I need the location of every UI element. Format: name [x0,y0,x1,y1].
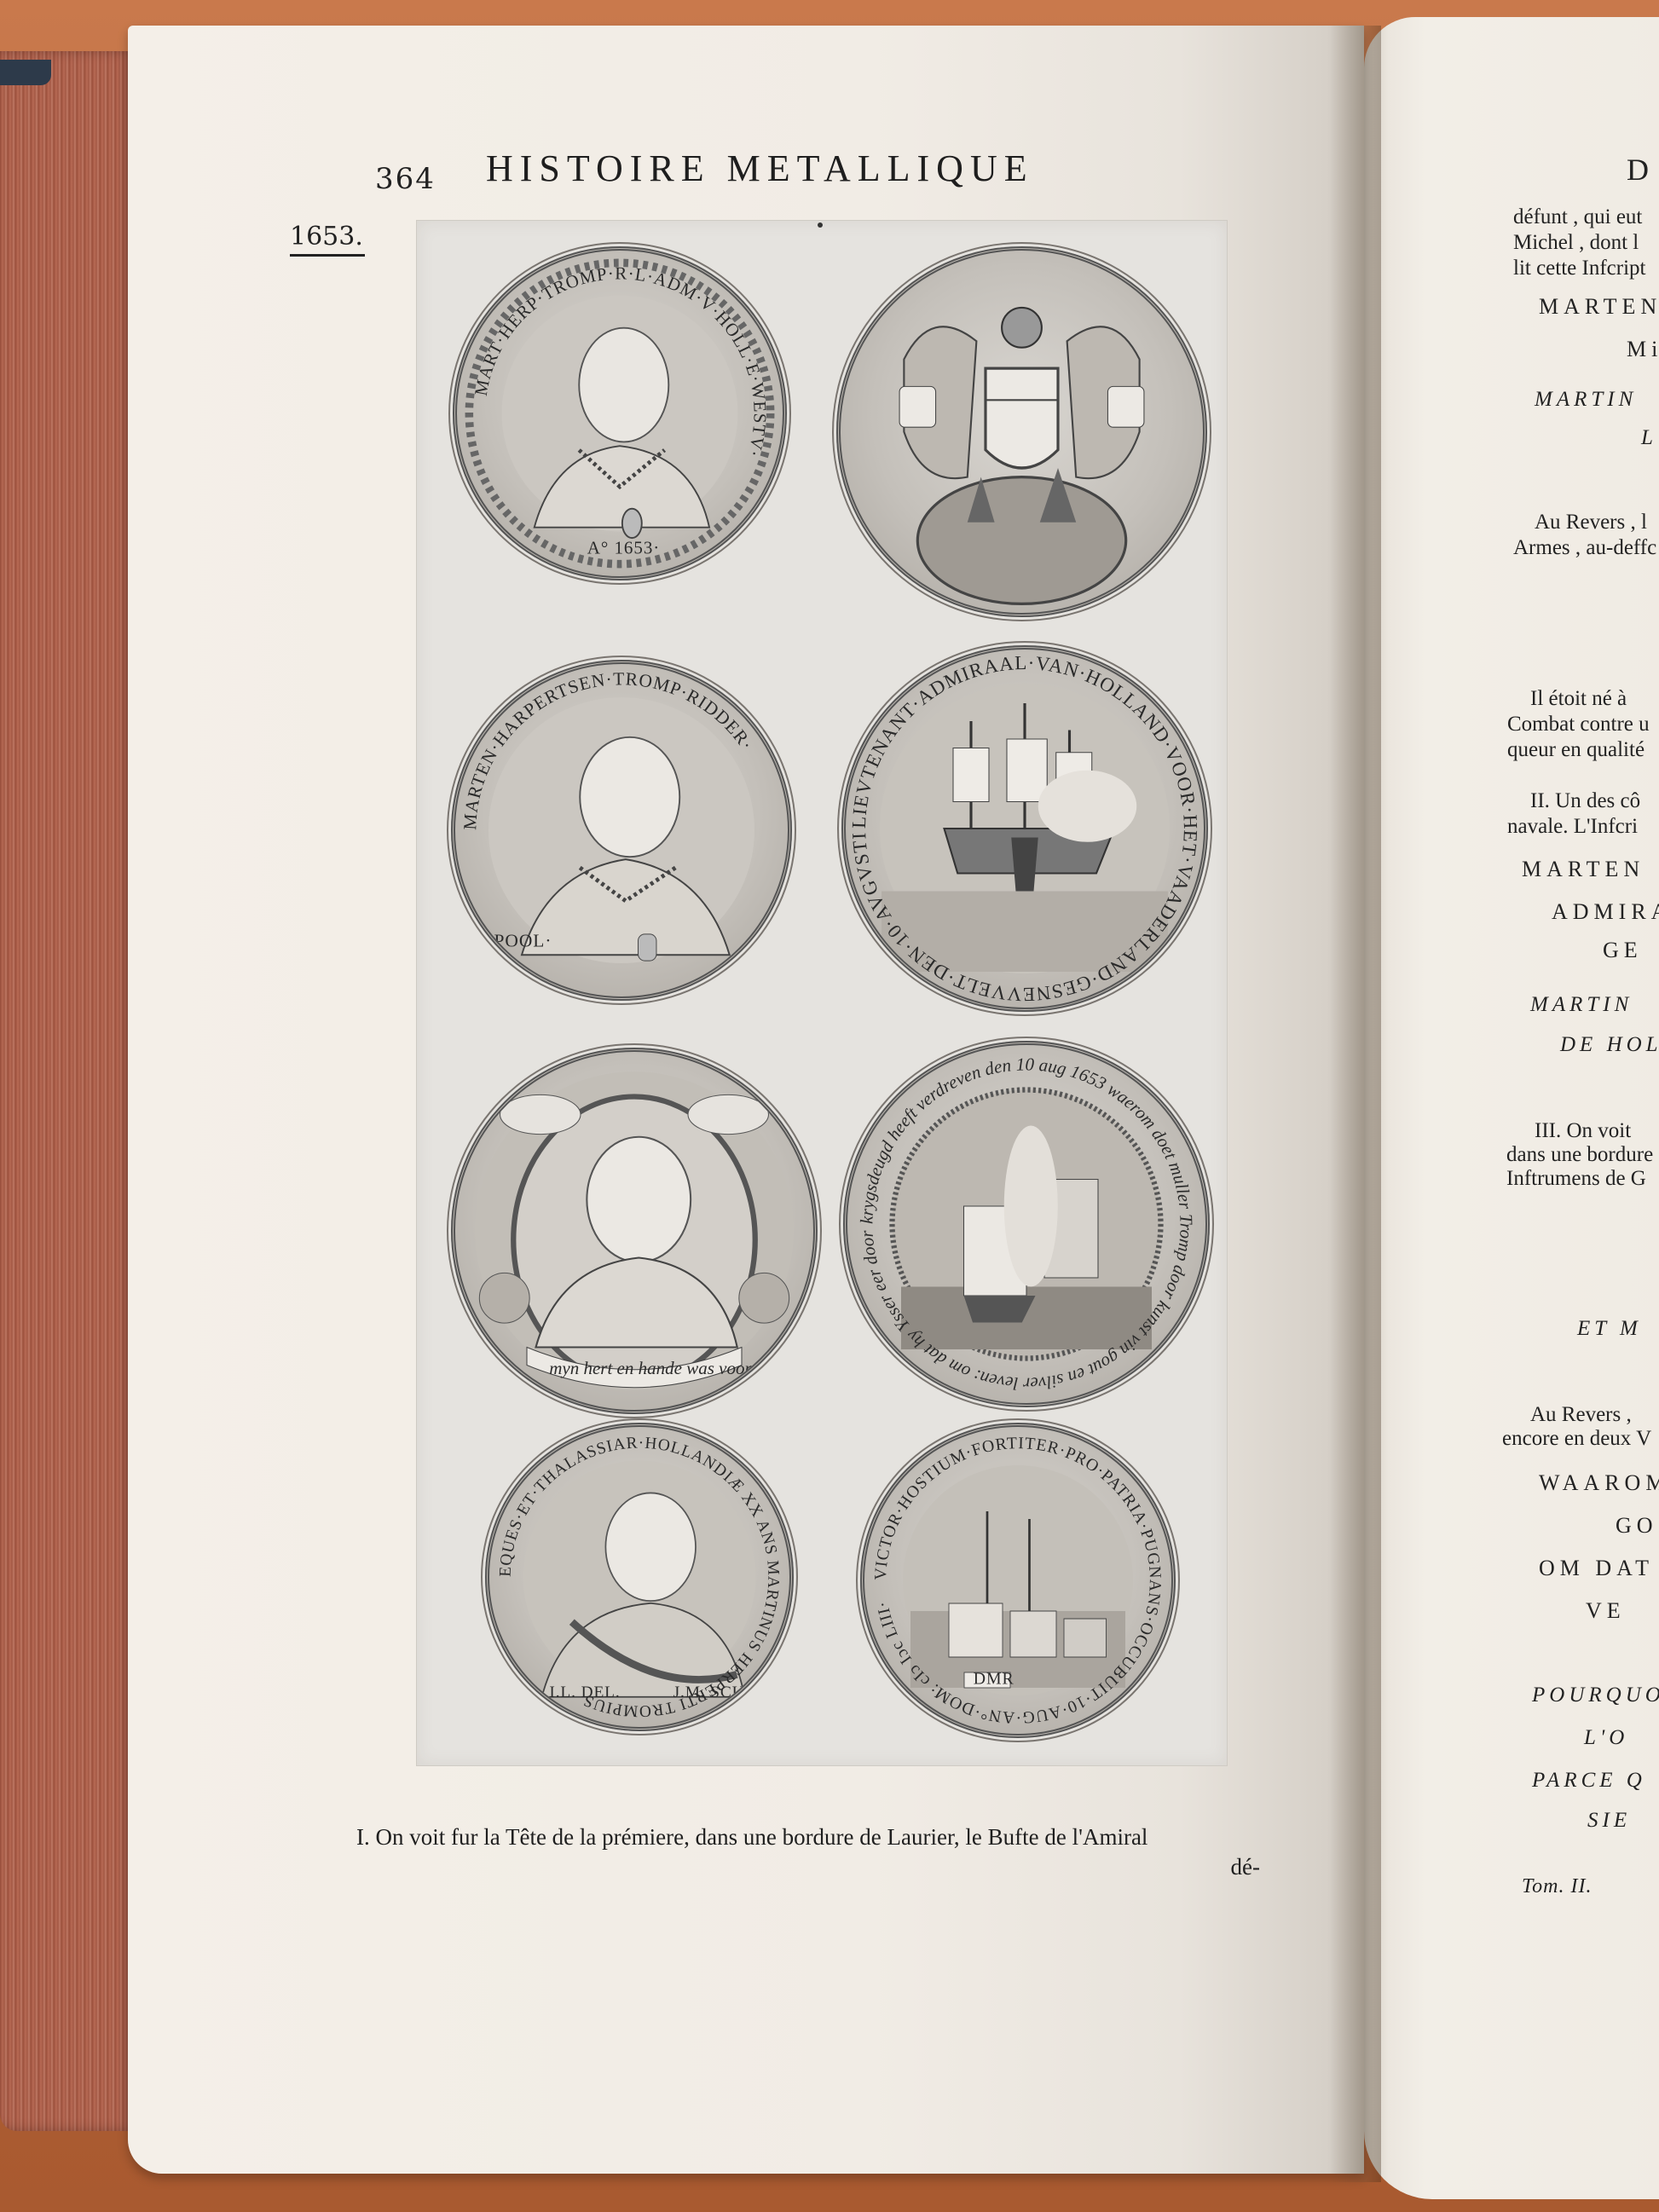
right-line: encore en deux V [1502,1426,1651,1452]
right-line: queur en qualité [1507,737,1645,763]
book-cover-corner [0,60,51,85]
medal-description: I. On voit fur la Tête de la prémiere, d… [356,1824,1260,1880]
engraved-plate: MART·HERP·TROMP·R·L·ADM·V·HOLL·E·WESTV· … [416,220,1228,1766]
book-page-edges [0,51,136,2131]
coat-of-arms-icon [841,251,1203,613]
right-running-head: D [1627,152,1654,188]
right-line: DE HOL [1560,1033,1659,1057]
right-line: défunt , qui eut [1513,205,1642,230]
right-line: L [1641,426,1657,450]
volume-signature: Tom. II. [1522,1875,1592,1898]
medal-II-reverse: LIEVTENANT·ADMIRAAL·VAN·HOLLAND·VOOR·HET… [841,645,1208,1012]
right-line: VE [1586,1598,1626,1624]
running-title: HISTOIRE METALLIQUE [486,147,1034,190]
portrait-with-cherubs-icon: myn hert en hande was voor het lande [455,1052,813,1410]
medal-I-reverse [836,246,1207,617]
portrait-bust-icon: MARTEN·HARPERTSEN·TROMP·RIDDER· I·POOL· [455,664,788,996]
svg-text:J.M. SCULPSIT: J.M. SCULPSIT [673,1684,789,1701]
gutter-shadow [1330,26,1381,2182]
right-line: GO [1616,1513,1658,1539]
right-line: POURQUO [1532,1684,1659,1707]
right-line: Mi [1627,337,1659,362]
margin-year: 1653. [290,222,363,251]
caption-line: I. On voit fur la Tête de la prémiere, d… [356,1824,1147,1850]
medal-III-obverse: myn hert en hande was voor het lande [451,1048,818,1414]
right-line: MARTIN [1535,388,1637,412]
right-line: navale. L'Infcri [1507,814,1638,840]
right-line: Au Revers , l [1535,510,1647,535]
right-line: Armes , au-deffc [1513,535,1656,561]
right-line: ET M [1577,1317,1642,1341]
right-line: SIE [1587,1809,1631,1833]
svg-text:I·POOL·: I·POOL· [480,931,552,951]
right-line: PARCE Q [1532,1769,1646,1793]
right-line: Combat contre u [1507,712,1650,737]
right-page [1364,17,1659,2199]
margin-year-rule [290,254,365,257]
right-line: GE [1603,938,1643,963]
plate-mark [818,222,823,228]
right-line: dans une bordure [1506,1142,1653,1168]
medal-IV-obverse: EQUES·ET·THALASSIAR·HOLLANDIÆ XX ANS MAR… [485,1423,794,1731]
svg-text:I.L. DEL.: I.L. DEL. [549,1684,620,1701]
right-line: Au Revers , [1530,1402,1632,1428]
right-line: OM DAT [1539,1556,1654,1581]
page-number: 364 [375,162,436,196]
right-line: Il étoit né à [1530,686,1627,712]
medal-II-obverse: MARTEN·HARPERTSEN·TROMP·RIDDER· I·POOL· [451,660,792,1001]
right-line: II. Un des cô [1530,788,1640,814]
portrait-bust-icon: MART·HERP·TROMP·R·L·ADM·V·HOLL·E·WESTV· … [457,251,783,576]
svg-text:DMR: DMR [974,1670,1014,1689]
right-line: ADMIRA [1552,899,1659,925]
right-line: lit cette Infcript [1513,256,1645,281]
naval-battle-icon: DMR VICTOR·HOSTIUM·FORTITER·PRO·PATRIA·P… [864,1427,1171,1734]
right-line: WAAROM [1539,1470,1659,1496]
svg-text:A° 1653·: A° 1653· [587,537,660,557]
right-line: Michel , dont l [1513,230,1639,256]
caption-hyphen-continuation: dé- [356,1854,1260,1880]
right-line: MARTEN [1539,294,1659,320]
naval-battle-icon: krygsdeugd heeft verdreven den 10 aug 16… [847,1045,1205,1403]
right-line: MARTIN [1530,993,1633,1017]
medal-IV-reverse: DMR VICTOR·HOSTIUM·FORTITER·PRO·PATRIA·P… [860,1423,1176,1738]
running-head: 364 HISTOIRE METALLIQUE [375,147,1142,198]
right-line: III. On voit [1535,1118,1631,1144]
naval-battle-icon: LIEVTENANT·ADMIRAAL·VAN·HOLLAND·VOOR·HET… [846,650,1204,1008]
medal-I-obverse: MART·HERP·TROMP·R·L·ADM·V·HOLL·E·WESTV· … [453,246,787,580]
right-line: L'O [1584,1726,1628,1750]
right-line: MARTEN [1522,857,1645,882]
medal-III-reverse: krygsdeugd heeft verdreven den 10 aug 16… [843,1041,1210,1407]
right-line: Inftrumens de G [1506,1166,1646,1192]
portrait-bust-icon: EQUES·ET·THALASSIAR·HOLLANDIÆ XX ANS MAR… [489,1427,789,1727]
svg-text:myn hert en hande was voor het: myn hert en hande was voor het lande [549,1358,813,1378]
